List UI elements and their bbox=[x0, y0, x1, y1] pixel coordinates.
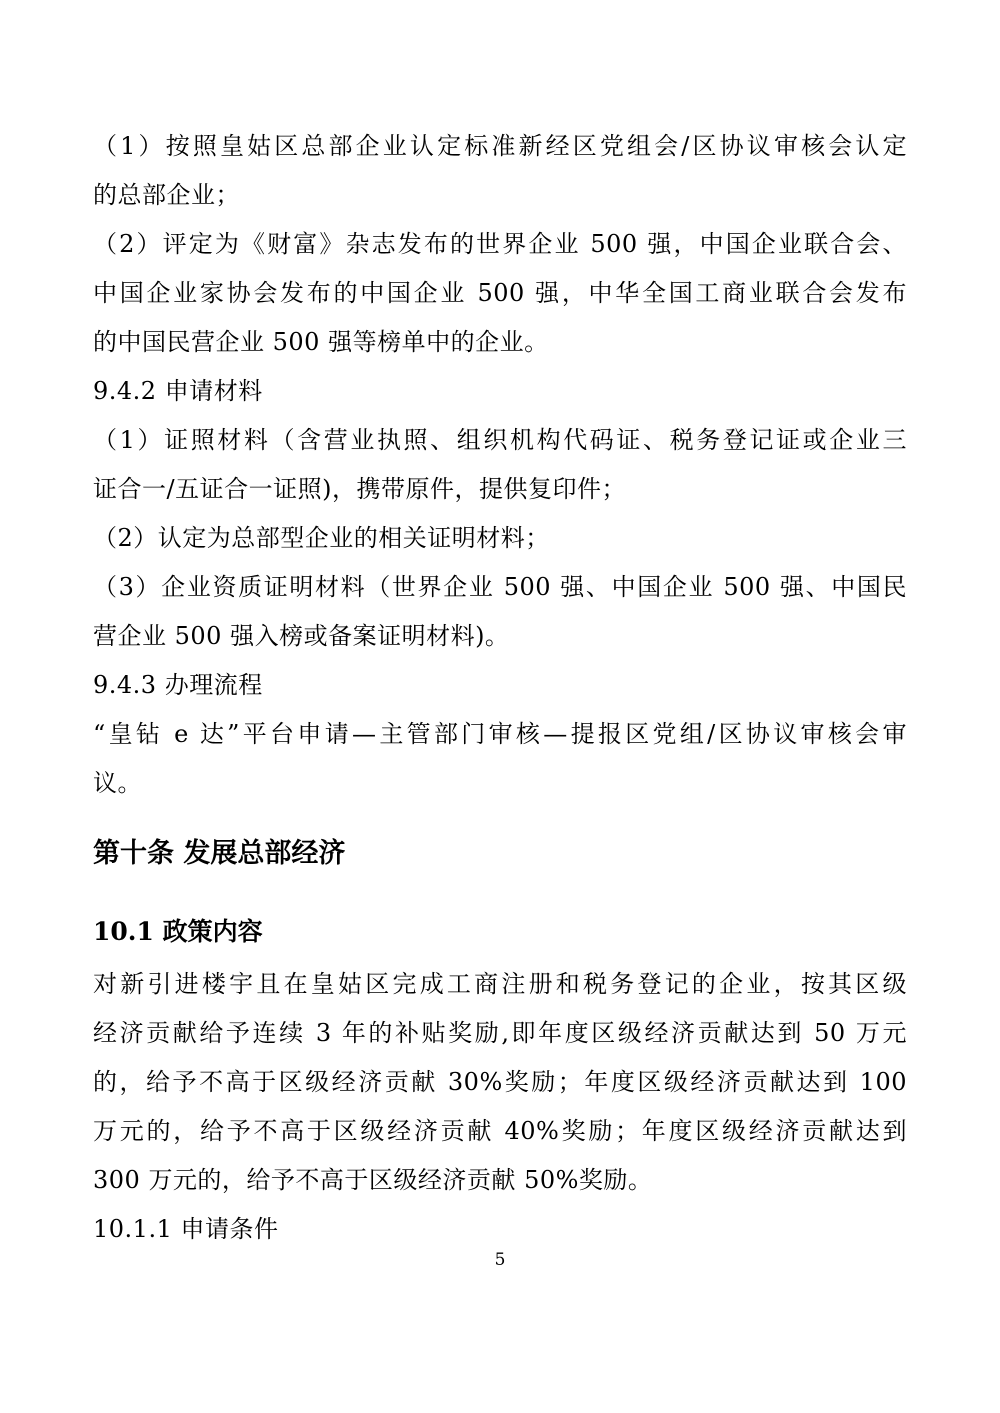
body-line: （1）按照皇姑区总部企业认定标准新经区党组会/区协议审核会认定 bbox=[93, 122, 907, 171]
body-line: 的中国民营企业 500 强等榜单中的企业。 bbox=[93, 318, 907, 367]
body-line: （3）企业资质证明材料（世界企业 500 强、中国企业 500 强、中国民 bbox=[93, 563, 907, 612]
chapter-10-heading: 第十条 发展总部经济 bbox=[93, 829, 907, 878]
subsection-9-4-3-heading: 9.4.3 办理流程 bbox=[93, 661, 907, 710]
body-line: （2）认定为总部型企业的相关证明材料； bbox=[93, 514, 907, 563]
section-10-1-heading: 10.1 政策内容 bbox=[93, 907, 907, 956]
body-line: “皇钻 e 达”平台申请—主管部门审核—提报区党组/区协议审核会审 bbox=[93, 710, 907, 759]
body-line: 的总部企业； bbox=[93, 171, 907, 220]
body-line: （2）评定为《财富》杂志发布的世界企业 500 强，中国企业联合会、 bbox=[93, 220, 907, 269]
body-line: （1）证照材料（含营业执照、组织机构代码证、税务登记证或企业三 bbox=[93, 416, 907, 465]
page-number: 5 bbox=[0, 1248, 1000, 1272]
policy-line: 经济贡献给予连续 3 年的补贴奖励,即年度区级经济贡献达到 50 万元 bbox=[93, 1009, 907, 1058]
policy-line: 万元的，给予不高于区级经济贡献 40%奖励；年度区级经济贡献达到 bbox=[93, 1107, 907, 1156]
subsection-10-1-1-heading: 10.1.1 申请条件 bbox=[93, 1205, 907, 1254]
document-page: （1）按照皇姑区总部企业认定标准新经区党组会/区协议审核会认定 的总部企业； （… bbox=[0, 0, 1000, 1413]
policy-line: 对新引进楼宇且在皇姑区完成工商注册和税务登记的企业，按其区级 bbox=[93, 960, 907, 1009]
body-line: 证合一/五证合一证照)，携带原件，提供复印件； bbox=[93, 465, 907, 514]
policy-line: 的，给予不高于区级经济贡献 30%奖励；年度区级经济贡献达到 100 bbox=[93, 1058, 907, 1107]
page-content: （1）按照皇姑区总部企业认定标准新经区党组会/区协议审核会认定 的总部企业； （… bbox=[93, 122, 907, 1254]
body-line: 中国企业家协会发布的中国企业 500 强，中华全国工商业联合会发布 bbox=[93, 269, 907, 318]
subsection-9-4-2-heading: 9.4.2 申请材料 bbox=[93, 367, 907, 416]
body-line: 议。 bbox=[93, 759, 907, 808]
body-line: 营企业 500 强入榜或备案证明材料)。 bbox=[93, 612, 907, 661]
policy-line: 300 万元的，给予不高于区级经济贡献 50%奖励。 bbox=[93, 1156, 907, 1205]
